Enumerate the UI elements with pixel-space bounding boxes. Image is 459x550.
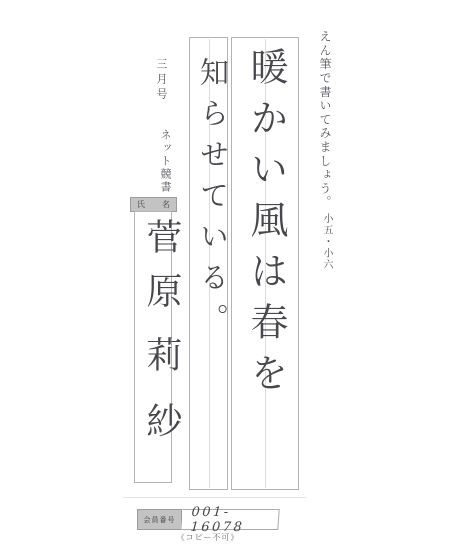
given-name: 莉紗 xyxy=(141,336,182,468)
name-column: 菅原莉紗 xyxy=(134,211,172,483)
handwritten-name: 菅原莉紗 xyxy=(136,218,187,468)
handwritten-line-2: 知らせている。 xyxy=(193,57,234,344)
name-label-right: 名 xyxy=(162,199,170,210)
number-field-label: 会員番号 xyxy=(137,509,182,530)
writing-column-second: 知らせている。 xyxy=(189,37,228,490)
handwritten-line-1: 暖かい風は春を xyxy=(239,47,294,404)
instruction-text: えん筆で書いてみましょう。 xyxy=(317,30,334,209)
number-field: 会員番号 001-16078 xyxy=(137,509,279,530)
issue-block: 三月号 ネット競書 xyxy=(153,58,169,194)
name-label-left: 氏 xyxy=(137,199,145,210)
issue-label: 三月号 xyxy=(155,58,168,103)
family-name: 菅原 xyxy=(141,218,182,326)
divider-line xyxy=(123,497,306,498)
number-field-value: 001-16078 xyxy=(181,509,279,530)
competition-label: ネット競書 xyxy=(159,129,172,194)
practice-sheet-page: えん筆で書いてみましょう。 小五・小六 三月号 ネット競書 暖かい風は春を 知ら… xyxy=(0,0,459,550)
grade-level-text: 小五・小六 xyxy=(319,213,334,271)
name-field-header: 氏 名 xyxy=(130,197,177,212)
writing-column-main: 暖かい風は春を xyxy=(231,37,299,490)
copy-notice: 《コピー不可》 xyxy=(137,532,279,543)
